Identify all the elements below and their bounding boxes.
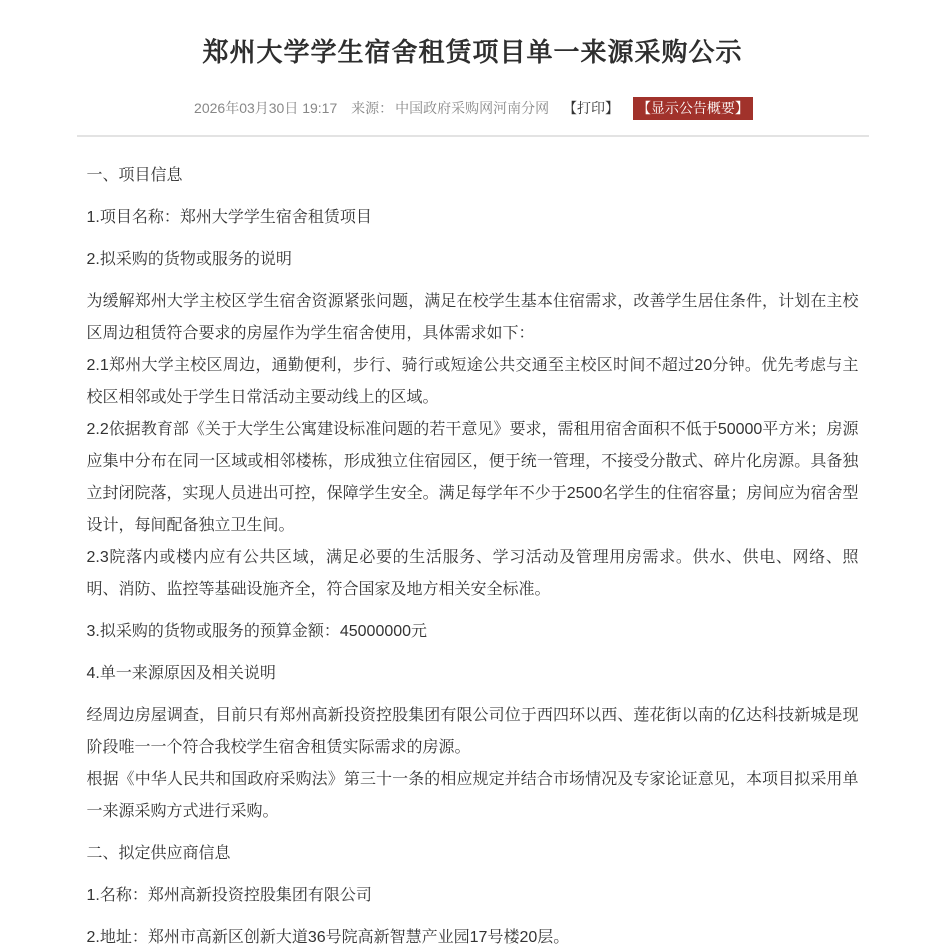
source-name: 中国政府采购网河南分网 — [395, 100, 549, 116]
supplier-address-line: 2.地址：郑州市高新区创新大道36号院高新智慧产业园17号楼20层。 — [87, 922, 859, 947]
budget-line: 3.拟采购的货物或服务的预算金额：45000000元 — [87, 616, 859, 648]
page-title: 郑州大学学生宿舍租赁项目单一来源采购公示 — [77, 34, 869, 70]
article-body: 一、项目信息 1.项目名称：郑州大学学生宿舍租赁项目 2.拟采购的货物或服务的说… — [77, 137, 869, 947]
single-source-reason-text: 经周边房屋调查，目前只有郑州高新投资控股集团有限公司位于西四环以西、莲花街以南的… — [87, 700, 859, 828]
show-summary-toggle[interactable]: 【显示公告概要】 — [633, 97, 753, 120]
single-source-reason-heading: 4.单一来源原因及相关说明 — [87, 658, 859, 690]
section-1-heading: 一、项目信息 — [87, 160, 859, 192]
publish-datetime: 2026年03月30日 19:17 — [194, 100, 337, 116]
project-name-line: 1.项目名称：郑州大学学生宿舍租赁项目 — [87, 202, 859, 234]
meta-bar: 2026年03月30日 19:17 来源：中国政府采购网河南分网 【打印】 【显… — [77, 97, 869, 120]
section-2-heading: 二、拟定供应商信息 — [87, 838, 859, 870]
announcement-page: 郑州大学学生宿舍租赁项目单一来源采购公示 2026年03月30日 19:17 来… — [77, 34, 869, 947]
procurement-requirements-text: 为缓解郑州大学主校区学生宿舍资源紧张问题，满足在校学生基本住宿需求，改善学生居住… — [87, 286, 859, 606]
supplier-name-line: 1.名称：郑州高新投资控股集团有限公司 — [87, 880, 859, 912]
procurement-description-heading: 2.拟采购的货物或服务的说明 — [87, 244, 859, 276]
source-label: 来源： — [351, 100, 393, 116]
print-button[interactable]: 【打印】 — [563, 100, 619, 116]
